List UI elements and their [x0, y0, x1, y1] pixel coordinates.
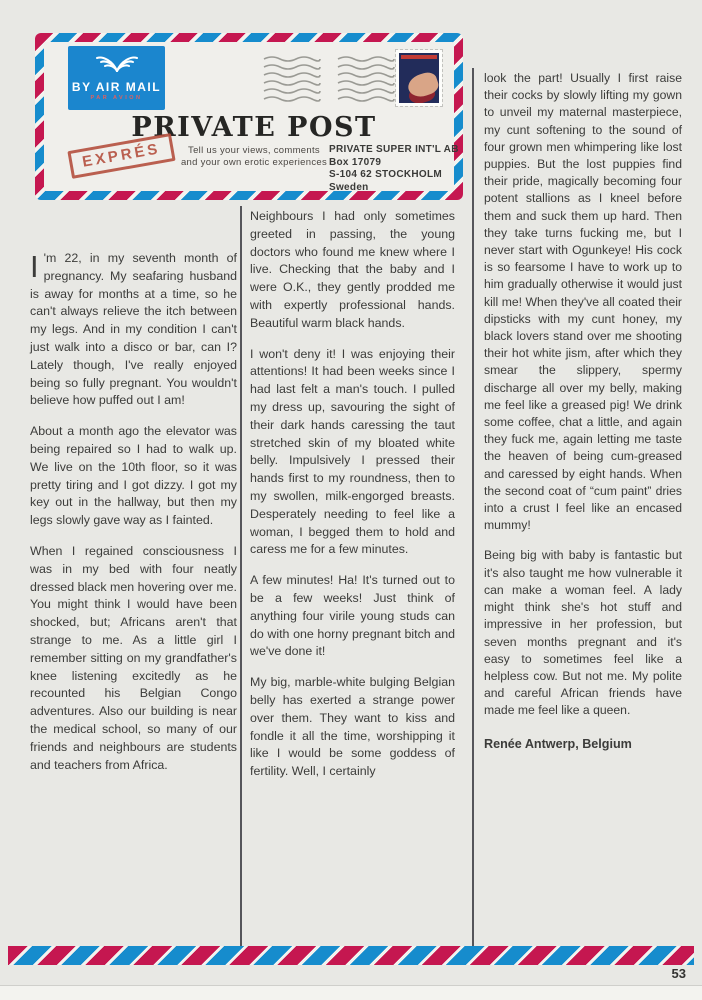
- envelope-inner: BY AIR MAIL PAR AVION: [44, 42, 454, 191]
- paragraph: I won't deny it! I was enjoying their at…: [250, 346, 455, 560]
- magazine-page: BY AIR MAIL PAR AVION: [0, 0, 702, 1000]
- par-avion-text: PAR AVION: [90, 95, 142, 101]
- paragraph: A few minutes! Ha! It's turned out to be…: [250, 572, 455, 661]
- tagline-line1: Tell us your views, comments: [188, 145, 320, 156]
- paragraph: I'm 22, in my seventh month of pregnancy…: [30, 250, 237, 410]
- paragraph-text: 'm 22, in my seventh month of pregnancy.…: [30, 251, 237, 407]
- page-bottom-margin: [0, 985, 702, 1000]
- column-divider-2: [472, 68, 474, 946]
- postmark-wavy-lines: [262, 54, 398, 111]
- airmail-label-text: BY AIR MAIL: [72, 80, 161, 94]
- airmail-stripe-band: [8, 946, 694, 965]
- address-line3: S-104 62 STOCKHOLM: [329, 169, 442, 180]
- postage-stamp-image: [399, 53, 439, 103]
- airmail-wings-icon: [95, 54, 139, 79]
- dropcap-initial: I: [30, 250, 44, 281]
- paragraph: Neighbours I had only sometimes greeted …: [250, 208, 455, 333]
- paragraph: Being big with baby is fantastic but it'…: [484, 547, 682, 719]
- paragraph: When I regained consciousness I was in m…: [30, 543, 237, 774]
- letter-signature: Renée Antwerp, Belgium: [484, 736, 682, 753]
- address-line2: Box 17079: [329, 157, 381, 168]
- address-line1: PRIVATE SUPER INT'L AB: [329, 144, 459, 155]
- tagline-line2: and your own erotic experiences: [181, 157, 327, 168]
- postage-stamp: [396, 50, 442, 106]
- publisher-address: PRIVATE SUPER INT'L AB Box 17079 S-104 6…: [329, 144, 459, 194]
- letter-column-2: Neighbours I had only sometimes greeted …: [250, 208, 455, 794]
- paragraph: About a month ago the elevator was being…: [30, 423, 237, 530]
- paragraph: look the part! Usually I first raise the…: [484, 70, 682, 534]
- letter-column-3: look the part! Usually I first raise the…: [484, 70, 682, 753]
- airmail-envelope: BY AIR MAIL PAR AVION: [35, 33, 463, 200]
- address-line4: Sweden: [329, 182, 369, 193]
- column-divider-1: [240, 206, 242, 946]
- page-number: 53: [672, 966, 686, 981]
- paragraph: My big, marble-white bulging Belgian bel…: [250, 674, 455, 781]
- by-air-mail-label: BY AIR MAIL PAR AVION: [68, 46, 165, 110]
- letter-column-1: I'm 22, in my seventh month of pregnancy…: [30, 250, 237, 787]
